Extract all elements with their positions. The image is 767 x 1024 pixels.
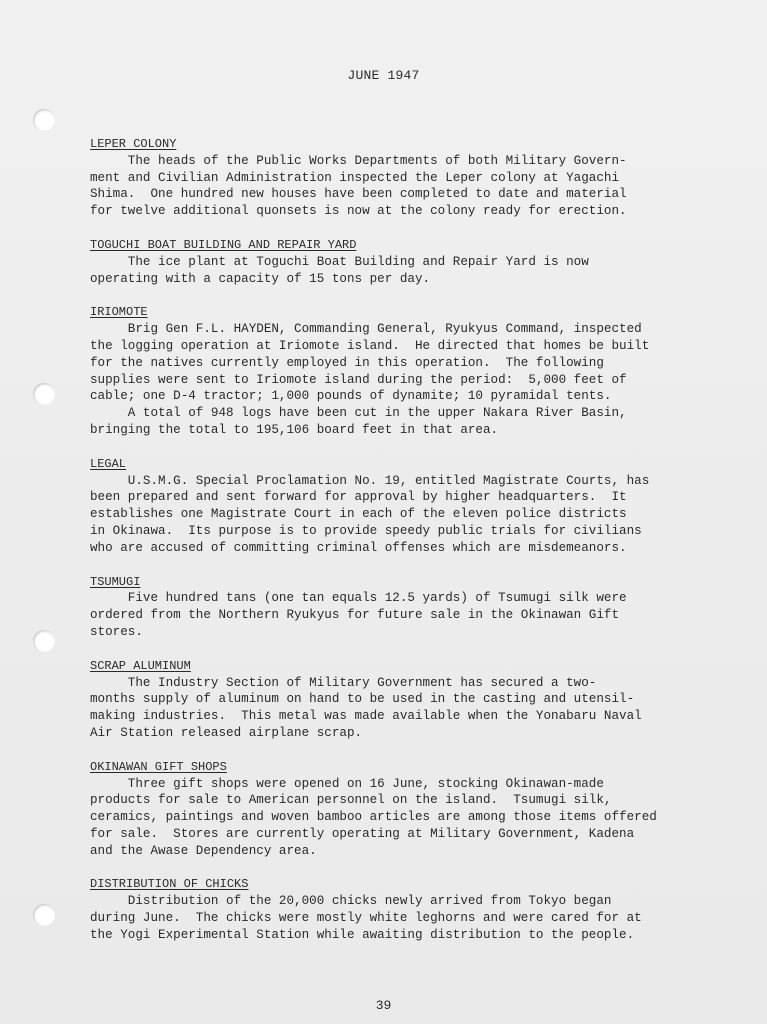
section-heading: DISTRIBUTION OF CHICKS <box>90 876 720 893</box>
section-tsumugi: TSUMUGI Five hundred tans (one tan equal… <box>90 574 720 641</box>
body-line: establishes one Magistrate Court in each… <box>90 506 720 523</box>
section-legal: LEGAL U.S.M.G. Special Proclamation No. … <box>90 456 720 557</box>
section-leper-colony: LEPER COLONY The heads of the Public Wor… <box>90 136 720 220</box>
binder-hole <box>33 383 55 405</box>
body-line: operating with a capacity of 15 tons per… <box>90 271 720 288</box>
body-line: supplies were sent to Iriomote island du… <box>90 372 720 389</box>
body-line: ment and Civilian Administration inspect… <box>90 170 720 187</box>
body-line: for sale. Stores are currently operating… <box>90 826 720 843</box>
section-heading: OKINAWAN GIFT SHOPS <box>90 759 720 776</box>
body-line: Brig Gen F.L. HAYDEN, Commanding General… <box>90 321 720 338</box>
body-line: bringing the total to 195,106 board feet… <box>90 422 720 439</box>
body-line: the logging operation at Iriomote island… <box>90 338 720 355</box>
section-toguchi-boat-building-and-repair-yard: TOGUCHI BOAT BUILDING AND REPAIR YARD Th… <box>90 237 720 287</box>
body-line: for the natives currently employed in th… <box>90 355 720 372</box>
document-page: JUNE 1947 LEPER COLONY The heads of the … <box>0 0 767 1024</box>
section-heading: TOGUCHI BOAT BUILDING AND REPAIR YARD <box>90 237 720 254</box>
body-line: Air Station released airplane scrap. <box>90 725 720 742</box>
body-line: making industries. This metal was made a… <box>90 708 720 725</box>
binder-hole <box>33 109 55 131</box>
body-line: Shima. One hundred new houses have been … <box>90 186 720 203</box>
document-body: LEPER COLONY The heads of the Public Wor… <box>90 136 720 961</box>
body-line: The heads of the Public Works Department… <box>90 153 720 170</box>
page-number: 39 <box>0 998 767 1013</box>
body-line: the Yogi Experimental Station while awai… <box>90 927 720 944</box>
body-line: stores. <box>90 624 720 641</box>
body-line: been prepared and sent forward for appro… <box>90 489 720 506</box>
binder-hole <box>33 904 55 926</box>
body-line: ceramics, paintings and woven bamboo art… <box>90 809 720 826</box>
body-line: U.S.M.G. Special Proclamation No. 19, en… <box>90 473 720 490</box>
body-line: products for sale to American personnel … <box>90 792 720 809</box>
section-okinawan-gift-shops: OKINAWAN GIFT SHOPS Three gift shops wer… <box>90 759 720 860</box>
section-heading: LEGAL <box>90 456 720 473</box>
body-line: ordered from the Northern Ryukyus for fu… <box>90 607 720 624</box>
body-line: Three gift shops were opened on 16 June,… <box>90 776 720 793</box>
body-line: in Okinawa. Its purpose is to provide sp… <box>90 523 720 540</box>
section-heading: LEPER COLONY <box>90 136 720 153</box>
section-heading: TSUMUGI <box>90 574 720 591</box>
binder-hole <box>33 630 55 652</box>
body-line: The Industry Section of Military Governm… <box>90 675 720 692</box>
section-scrap-aluminum: SCRAP ALUMINUM The Industry Section of M… <box>90 658 720 742</box>
body-line: Distribution of the 20,000 chicks newly … <box>90 893 720 910</box>
section-heading: SCRAP ALUMINUM <box>90 658 720 675</box>
section-iriomote: IRIOMOTE Brig Gen F.L. HAYDEN, Commandin… <box>90 304 720 438</box>
page-date-header: JUNE 1947 <box>0 68 767 83</box>
body-line: and the Awase Dependency area. <box>90 843 720 860</box>
body-line: Five hundred tans (one tan equals 12.5 y… <box>90 590 720 607</box>
body-line: who are accused of committing criminal o… <box>90 540 720 557</box>
body-line: cable; one D-4 tractor; 1,000 pounds of … <box>90 388 720 405</box>
body-line: during June. The chicks were mostly whit… <box>90 910 720 927</box>
body-line: A total of 948 logs have been cut in the… <box>90 405 720 422</box>
body-line: The ice plant at Toguchi Boat Building a… <box>90 254 720 271</box>
section-heading: IRIOMOTE <box>90 304 720 321</box>
body-line: months supply of aluminum on hand to be … <box>90 691 720 708</box>
section-distribution-of-chicks: DISTRIBUTION OF CHICKS Distribution of t… <box>90 876 720 943</box>
body-line: for twelve additional quonsets is now at… <box>90 203 720 220</box>
